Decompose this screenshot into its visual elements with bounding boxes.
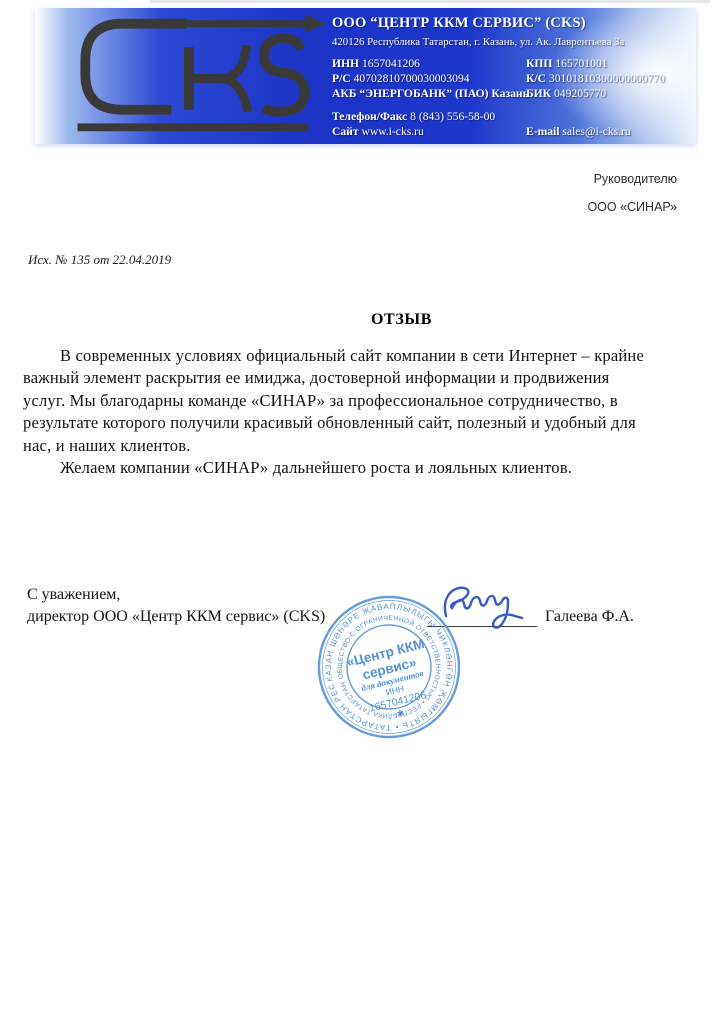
body-line: Желаем компании «СИНАР» дальнейшего рост…: [23, 457, 713, 479]
email-label: E-mail: [526, 125, 560, 138]
bank-row: АКБ “ЭНЕРГОБАНК” (ПАО) Казань: [332, 87, 529, 100]
closing-regards: С уважением,: [27, 586, 120, 604]
bank-name: АКБ “ЭНЕРГОБАНК” (ПАО) Казань: [332, 87, 529, 100]
body-line: нас, и наших клиентов.: [23, 435, 713, 457]
cks-logo-icon: [37, 10, 337, 142]
logo-letter-c: [85, 24, 187, 110]
body-line: важный элемент раскрытия ее имиджа, дост…: [23, 367, 713, 389]
phone-label: Телефон/Факс: [332, 110, 407, 123]
letter-page: ООО “ЦЕНТР ККМ СЕРВИС” (CKS) 420126 Респ…: [0, 0, 723, 1024]
document-title: ОТЗЫВ: [0, 311, 723, 329]
kpp-label: КПП: [526, 57, 552, 70]
company-name: ООО “ЦЕНТР ККМ СЕРВИС” (CKS): [332, 15, 586, 32]
rs-row: Р/С 40702810700030003094: [332, 72, 470, 85]
ks-row: К/С 30101810300000000770: [526, 72, 665, 85]
rs-label: Р/С: [332, 72, 351, 85]
outgoing-ref-line: Исх. № 135 от 22.04.2019: [28, 252, 171, 268]
signer-name: Галеева Ф.А.: [545, 608, 634, 626]
site-row: Сайт www.i-cks.ru: [332, 125, 424, 138]
body-line: услуг. Мы благодарны команде «СИНАР» за …: [23, 390, 713, 412]
scan-artifact-line: [150, 0, 710, 3]
ks-label: К/С: [526, 72, 546, 85]
logo-arrow-head: [305, 15, 326, 33]
kpp-value: 165701001: [555, 57, 607, 70]
phone-value: 8 (843) 556-58-00: [410, 110, 495, 123]
site-value: www.i-cks.ru: [361, 125, 423, 138]
bik-label: БИК: [526, 87, 551, 100]
rs-value: 40702810700030003094: [354, 72, 470, 85]
letterhead-banner: ООО “ЦЕНТР ККМ СЕРВИС” (CKS) 420126 Респ…: [35, 8, 696, 144]
company-round-stamp: КАЗАН ШӘҺӘРЕ ҖАВАПЛЫЛЫГЫ ЧИКЛӘНГӘН ҖӘМГЫ…: [304, 582, 474, 752]
kpp-row: КПП 165701001: [526, 57, 608, 70]
body-line: В современных условиях официальный сайт …: [23, 345, 713, 367]
inn-value: 1657041206: [362, 57, 420, 70]
logo-letter-k-arms: [189, 45, 248, 111]
inn-label: ИНН: [332, 57, 359, 70]
site-label: Сайт: [332, 125, 359, 138]
body-line: результате которого получили красивый об…: [23, 412, 713, 434]
letter-body: В современных условиях официальный сайт …: [23, 345, 713, 479]
recipient-block: Руководителю ООО «СИНАР»: [420, 172, 677, 215]
company-address: 420126 Республика Татарстан, г. Казань, …: [332, 36, 624, 48]
recipient-company: ООО «СИНАР»: [420, 200, 677, 215]
ks-value: 30101810300000000770: [549, 72, 665, 85]
logo-letter-s: [263, 38, 304, 112]
recipient-role: Руководителю: [420, 172, 677, 187]
inn-row: ИНН 1657041206: [332, 57, 420, 70]
email-value: sales@i-cks.ru: [562, 125, 630, 138]
email-row: E-mail sales@i-cks.ru: [526, 125, 631, 138]
closing-director-line: директор ООО «Центр ККМ сервис» (CKS): [27, 608, 325, 626]
bik-row: БИК 049205770: [526, 87, 606, 100]
bik-value: 049205770: [554, 87, 606, 100]
phone-row: Телефон/Факс 8 (843) 556-58-00: [332, 110, 495, 123]
